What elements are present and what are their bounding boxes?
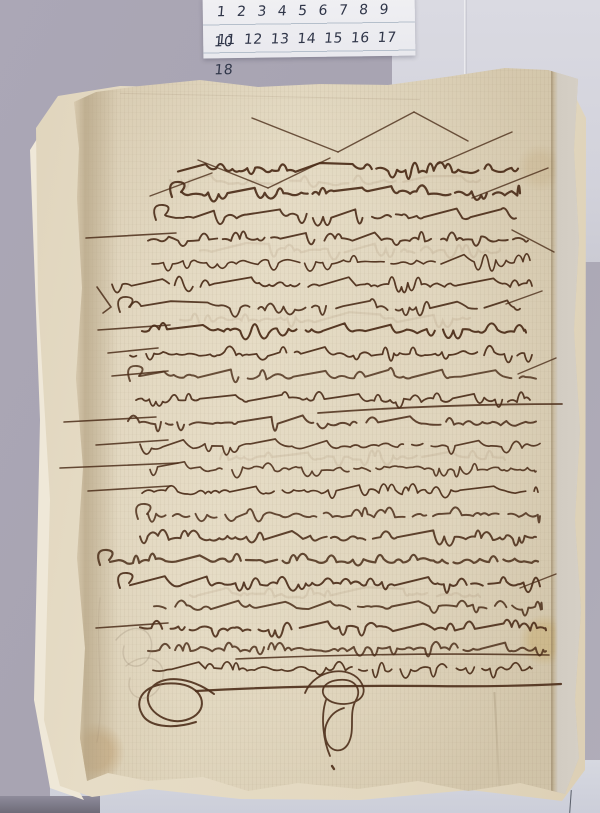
manuscript-page <box>0 0 600 813</box>
backdrop-shadow-corner <box>0 796 100 813</box>
scale-strip: 1 2 3 4 5 6 7 8 9 10 11 12 13 14 15 16 1… <box>203 0 416 58</box>
scale-strip-row-2: 11 12 13 14 15 16 17 18 <box>202 22 417 53</box>
manuscript-photo: 1 2 3 4 5 6 7 8 9 10 11 12 13 14 15 16 1… <box>0 0 600 813</box>
scale-strip-row-1: 1 2 3 4 5 6 7 8 9 10 <box>202 0 417 26</box>
